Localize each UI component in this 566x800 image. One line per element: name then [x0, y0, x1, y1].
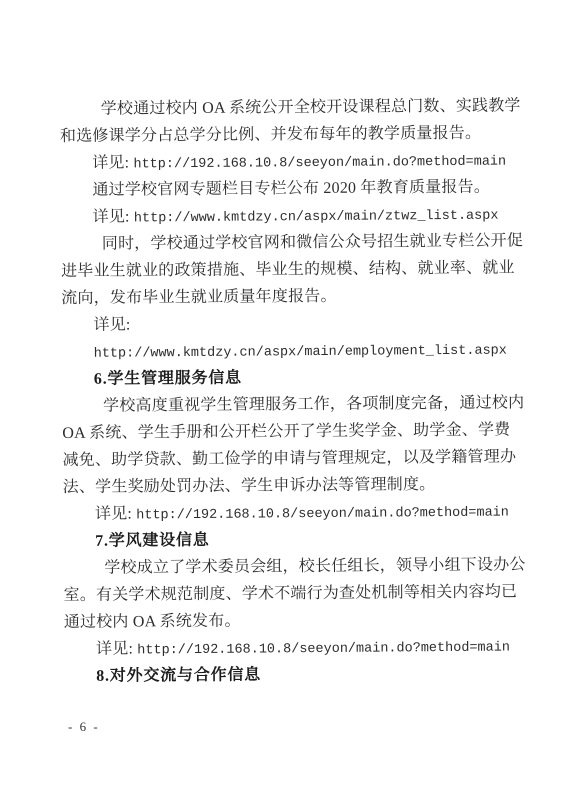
- text-segment: 法、学生奖励处罚办法、学生申诉办法等管理制度。: [63, 476, 436, 496]
- text-line: 室。有关学术规范制度、学术不端行为查处机制等相关内容均已: [63, 578, 513, 609]
- text-line: 详见: http://www.kmtdzy.cn/aspx/main/ztwz_…: [61, 200, 511, 231]
- text-line: 详见: http://192.168.10.8/seeyon/main.do?m…: [63, 497, 513, 528]
- text-segment: 详见:: [92, 154, 133, 171]
- text-line: 详见: http://192.168.10.8/seeyon/main.do?m…: [64, 632, 514, 663]
- text-segment: 室。有关学术规范制度、学术不端行为查处机制等相关内容均已: [64, 583, 518, 604]
- text-segment: 学校成立了学术委员会组，校长任组长，领导小组下设办公: [104, 556, 525, 576]
- text-line: 通过学校官网专题栏目专栏公布 2020 年教育质量报告。: [60, 173, 510, 204]
- url-text: http://192.168.10.8/seeyon/main.do?metho…: [136, 505, 509, 523]
- url-text: http://192.168.10.8/seeyon/main.do?metho…: [137, 640, 510, 658]
- url-text: http://www.kmtdzy.cn/aspx/main/employmen…: [94, 344, 507, 362]
- text-line: 通过校内 OA 系统发布。: [64, 605, 514, 636]
- document-page: 学校通过校内 OA 系统公开全校开设课程总门数、实践教学和选修课学分占总学分比例…: [0, 0, 566, 800]
- text-line: 同时，学校通过学校官网和微信公众号招生就业专栏公开促: [61, 227, 511, 258]
- text-line: OA 系统、学生手册和公开栏公开了学生奖学金、助学金、学费: [62, 416, 512, 447]
- url-text: http://192.168.10.8/seeyon/main.do?metho…: [133, 155, 506, 173]
- text-segment: 详见:: [93, 208, 134, 225]
- page-number: - 6 -: [68, 719, 100, 735]
- text-segment: 学校通过校内 OA 系统公开全校开设课程总门数、实践教学: [101, 97, 521, 117]
- text-line: 学校成立了学术委员会组，校长任组长，领导小组下设办公: [63, 551, 513, 582]
- section-heading: 7.学风建设信息: [63, 524, 513, 555]
- text-segment: 7.学风建设信息: [95, 532, 210, 550]
- text-line: 学校高度重视学生管理服务工作，各项制度完备，通过校内: [62, 389, 512, 420]
- text-line: 流向，发布毕业生就业质量年度报告。: [61, 281, 511, 312]
- text-segment: 通过校内 OA 系统发布。: [64, 613, 241, 631]
- text-segment: 流向，发布毕业生就业质量年度报告。: [61, 288, 337, 307]
- text-segment: 详见:: [93, 316, 130, 333]
- section-heading: 8.对外交流与合作信息: [64, 659, 514, 690]
- text-line: 详见: http://192.168.10.8/seeyon/main.do?m…: [60, 146, 510, 177]
- text-segment: 详见:: [96, 640, 137, 657]
- text-segment: 详见:: [95, 505, 136, 522]
- text-line: 减免、助学贷款、勤工俭学的申请与管理规定，以及学籍管理办: [62, 443, 512, 474]
- text-line: 法、学生奖励处罚办法、学生申诉办法等管理制度。: [63, 470, 513, 501]
- document-content: 学校通过校内 OA 系统公开全校开设课程总门数、实践教学和选修课学分占总学分比例…: [60, 92, 515, 690]
- section-heading: 6.学生管理服务信息: [62, 362, 512, 393]
- text-segment: 8.对外交流与合作信息: [96, 666, 261, 684]
- text-line: http://www.kmtdzy.cn/aspx/main/employmen…: [62, 335, 512, 366]
- text-segment: 和选修课学分占总学分比例、并发布每年的教学质量报告。: [60, 125, 481, 145]
- url-text: http://www.kmtdzy.cn/aspx/main/ztwz_list…: [134, 209, 499, 227]
- text-segment: 6.学生管理服务信息: [94, 370, 242, 388]
- text-segment: 学校高度重视学生管理服务工作，各项制度完备，通过校内: [103, 394, 524, 414]
- text-line: 和选修课学分占总学分比例、并发布每年的教学质量报告。: [60, 119, 510, 150]
- text-line: 详见:: [61, 308, 511, 339]
- text-segment: 减免、助学贷款、勤工俭学的申请与管理规定，以及学籍管理办: [62, 448, 516, 469]
- text-segment: 进毕业生就业的政策措施、毕业生的规模、结构、就业率、就业: [61, 259, 515, 280]
- text-segment: 同时，学校通过学校官网和微信公众号招生就业专栏公开促: [102, 232, 523, 252]
- text-line: 进毕业生就业的政策措施、毕业生的规模、结构、就业率、就业: [61, 254, 511, 285]
- text-segment: OA 系统、学生手册和公开栏公开了学生奖学金、助学金、学费: [62, 421, 510, 442]
- text-line: 学校通过校内 OA 系统公开全校开设课程总门数、实践教学: [60, 92, 510, 123]
- text-segment: 通过学校官网专题栏目专栏公布 2020 年教育质量报告。: [92, 179, 490, 199]
